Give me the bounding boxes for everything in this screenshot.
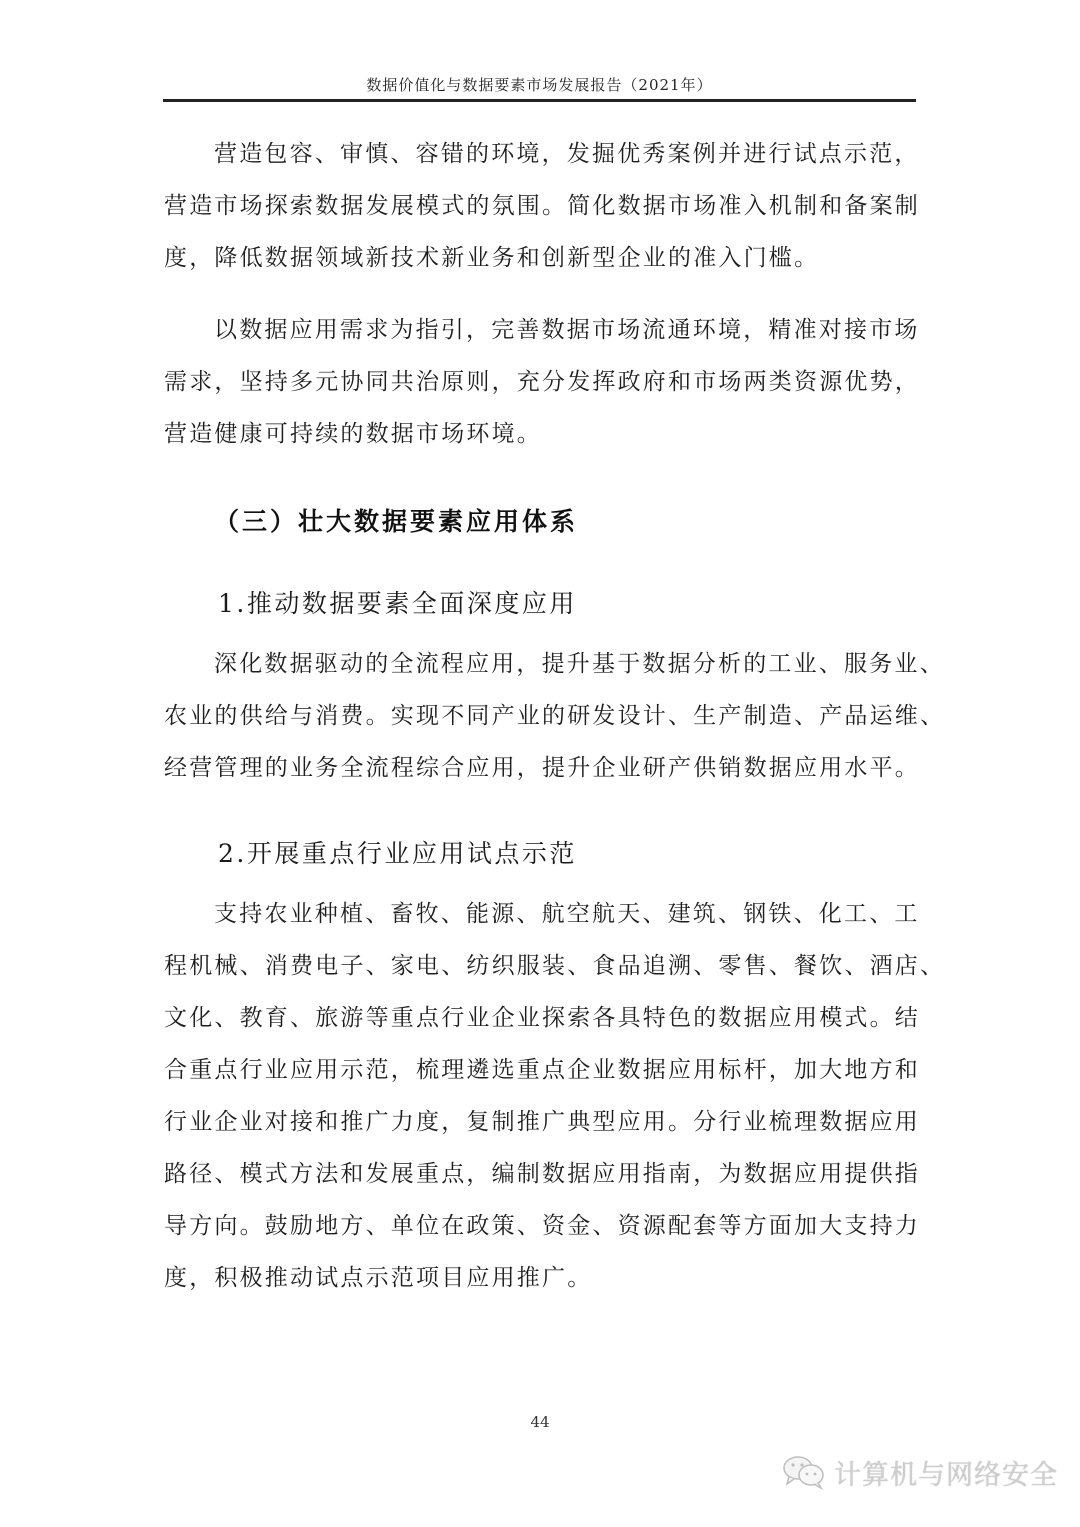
text-line: 合重点行业应用示范，梳理遴选重点企业数据应用标杆，加大地方和: [164, 1044, 916, 1096]
text-line: 文化、教育、旅游等重点行业企业探索各具特色的数据应用模式。结: [164, 992, 916, 1044]
text-line: 营造健康可持续的数据市场环境。: [164, 408, 916, 460]
page-number: 44: [0, 1413, 1080, 1431]
text-line: 需求，坚持多元协同共治原则，充分发挥政府和市场两类资源优势，: [164, 356, 916, 408]
header-rule: [163, 99, 916, 102]
text-line: 度，积极推动试点示范项目应用推广。: [164, 1252, 916, 1304]
text-line: 路径、模式方法和发展重点，编制数据应用指南，为数据应用提供指: [164, 1148, 916, 1200]
subsection-heading-1: 1.推动数据要素全面深度应用: [218, 584, 577, 620]
subsection-heading-2: 2.开展重点行业应用试点示范: [218, 834, 577, 870]
subsection-body-2: 支持农业种植、畜牧、能源、航空航天、建筑、钢铁、化工、工 程机械、消费电子、家电…: [164, 888, 916, 1304]
body-block-top: 营造包容、审慎、容错的环境，发掘优秀案例并进行试点示范， 营造市场探索数据发展模…: [164, 128, 916, 284]
watermark: 计算机与网络安全: [782, 1452, 1058, 1492]
text-line: 度，降低数据领域新技术新业务和创新型企业的准入门槛。: [164, 232, 916, 284]
page-header: 数据价值化与数据要素市场发展报告（2021年）: [163, 74, 916, 95]
text-line: 支持农业种植、畜牧、能源、航空航天、建筑、钢铁、化工、工: [164, 888, 916, 940]
watermark-text: 计算机与网络安全: [834, 1453, 1058, 1492]
text-line: 农业的供给与消费。实现不同产业的研发设计、生产制造、产品运维、: [164, 690, 916, 742]
subsection-body-1: 深化数据驱动的全流程应用，提升基于数据分析的工业、服务业、 农业的供给与消费。实…: [164, 638, 916, 794]
text-line: 营造市场探索数据发展模式的氛围。简化数据市场准入机制和备案制: [164, 180, 916, 232]
wechat-icon: [782, 1454, 826, 1490]
section-heading: （三）壮大数据要素应用体系: [214, 502, 578, 538]
text-line: 以数据应用需求为指引，完善数据市场流通环境，精准对接市场: [164, 304, 916, 356]
body-block-top-2: 以数据应用需求为指引，完善数据市场流通环境，精准对接市场 需求，坚持多元协同共治…: [164, 304, 916, 460]
text-line: 行业企业对接和推广力度，复制推广典型应用。分行业梳理数据应用: [164, 1096, 916, 1148]
text-line: 程机械、消费电子、家电、纺织服装、食品追溯、零售、餐饮、酒店、: [164, 940, 916, 992]
text-line: 导方向。鼓励地方、单位在政策、资金、资源配套等方面加大支持力: [164, 1200, 916, 1252]
text-line: 经营管理的业务全流程综合应用，提升企业研产供销数据应用水平。: [164, 742, 916, 794]
text-line: 深化数据驱动的全流程应用，提升基于数据分析的工业、服务业、: [164, 638, 916, 690]
text-line: 营造包容、审慎、容错的环境，发掘优秀案例并进行试点示范，: [164, 128, 916, 180]
